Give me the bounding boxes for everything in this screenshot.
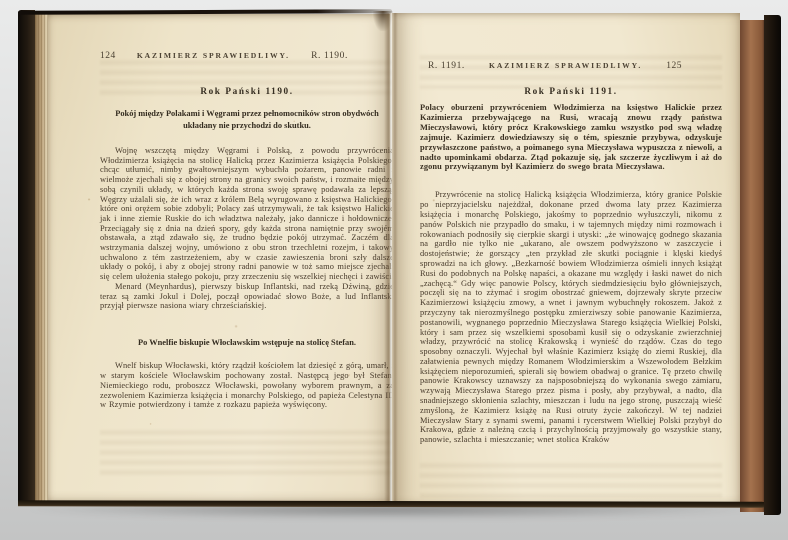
book-cover-left-edge (18, 10, 35, 506)
page-block-fore-edge (35, 14, 48, 504)
left-page-text-column: 124 KAZIMIERZ SPRAWIEDLIWY. R. 1190. Rok… (100, 14, 394, 410)
right-page-text-column: R. 1191. KAZIMIERZ SPRAWIEDLIWY. 125 Rok… (420, 13, 722, 445)
right-page-number: 125 (666, 61, 682, 71)
right-paragraph-1: Przywrócenie na stolicę Halicką książęci… (420, 190, 722, 445)
book-cover-right-edge (764, 15, 781, 515)
left-paragraph-3: Wnelf biskup Włocławski, który rządził k… (100, 361, 394, 410)
left-page-number: 124 (100, 51, 116, 61)
right-summary-bold: Polacy oburzeni przywróceniem Włodzimier… (420, 103, 722, 172)
left-paragraph-1: Wojnę wszczętą między Węgrami i Polską, … (100, 146, 394, 282)
photo-backdrop: 124 KAZIMIERZ SPRAWIEDLIWY. R. 1190. Rok… (0, 0, 788, 540)
right-page: R. 1191. KAZIMIERZ SPRAWIEDLIWY. 125 Rok… (392, 13, 740, 506)
right-page-running-head: R. 1191. KAZIMIERZ SPRAWIEDLIWY. 125 (420, 61, 722, 71)
right-chapter-heading: Rok Pański 1191. (420, 86, 722, 96)
endpaper-brown-strip (740, 20, 764, 512)
left-year-label: R. 1190. (311, 51, 348, 61)
right-running-title: KAZIMIERZ SPRAWIEDLIWY. (489, 61, 642, 70)
center-gutter-crease (384, 13, 398, 505)
ghost-text-showthrough (100, 430, 394, 478)
left-page-running-head: 124 KAZIMIERZ SPRAWIEDLIWY. R. 1190. (100, 51, 394, 61)
left-running-title: KAZIMIERZ SPRAWIEDLIWY. (137, 51, 290, 60)
right-year-label: R. 1191. (428, 61, 465, 71)
left-section1-heading: Pokój między Polakami i Węgrami przez pe… (106, 108, 388, 131)
left-section2-heading: Po Wnelfie biskupie Włocławskim wstępuje… (106, 337, 388, 349)
left-chapter-heading: Rok Pański 1190. (100, 86, 394, 96)
left-page: 124 KAZIMIERZ SPRAWIEDLIWY. R. 1190. Rok… (48, 14, 390, 502)
left-paragraph-2: Menard (Meynhardus), pierwszy biskup Inf… (100, 282, 394, 311)
ghost-text-showthrough (420, 463, 722, 503)
